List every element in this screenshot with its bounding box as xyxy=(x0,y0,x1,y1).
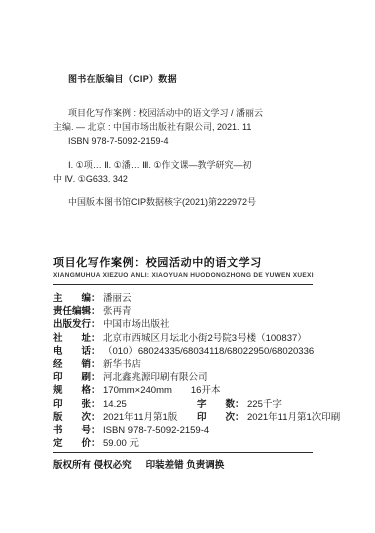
pub-value: ISBN 978-7-5092-2159-4 xyxy=(103,424,209,437)
title-block: 项目化写作案例：校园活动中的语文学习 XIANGMUHUA XIEZUO ANL… xyxy=(53,256,315,285)
cip-record-line: 主编. — 北京 : 中国市场出版社有限公司, 2021. 11 xyxy=(53,120,333,134)
cip-classification-line: Ⅰ. ①项… Ⅱ. ①潘… Ⅲ. ①作文课—教学研究—初 xyxy=(53,158,333,172)
pub-value: 张再青 xyxy=(103,305,132,318)
cip-header: 图书在版编目（CIP）数据 xyxy=(53,72,333,86)
footer-divider xyxy=(53,452,313,453)
cip-classification-line: 中 Ⅳ. ①G633. 342 xyxy=(53,172,333,186)
pub-row-sheets-wordcount: 印 张： 14.25 字 数： 225千字 xyxy=(53,398,338,411)
cip-block: 图书在版编目（CIP）数据 项目化写作案例 : 校园活动中的语文学习 / 潘丽云… xyxy=(53,72,333,209)
pub-label: 电 话： xyxy=(53,345,103,358)
pub-label: 定 价： xyxy=(53,437,103,450)
copyright-page: 图书在版编目（CIP）数据 项目化写作案例 : 校园活动中的语文学习 / 潘丽云… xyxy=(0,0,375,533)
cip-record: 项目化写作案例 : 校园活动中的语文学习 / 潘丽云 主编. — 北京 : 中国… xyxy=(53,106,333,148)
publication-info: 主 编： 潘丽云 责任编辑： 张再青 出版发行： 中国市场出版社 社 址： 北京… xyxy=(53,292,338,472)
pub-value: 59.00 元 xyxy=(103,437,139,450)
pub-row-isbn: 书 号： ISBN 978-7-5092-2159-4 xyxy=(53,424,338,437)
book-title-pinyin: XIANGMUHUA XIEZUO ANLI: XIAOYUAN HUODONG… xyxy=(53,272,315,280)
pub-label: 版 次： xyxy=(53,411,103,424)
copyright-notice: 版权所有 侵权必究 印装差错 负责调换 xyxy=(53,459,338,472)
pub-value: 北京市西城区月坛北小街2号院3号楼（100837） xyxy=(103,332,307,345)
pub-value: 2021年11月第1次印刷 xyxy=(247,411,340,424)
pub-label: 印 次： xyxy=(197,411,247,424)
pub-row-distributor: 经 销： 新华书店 xyxy=(53,358,338,371)
pub-row-chief-editor: 主 编： 潘丽云 xyxy=(53,292,338,305)
pub-value: 170mm×240mm 16开本 xyxy=(103,384,220,397)
pub-row-publisher: 出版发行： 中国市场出版社 xyxy=(53,318,338,331)
pub-row-printer: 印 刷： 河北鑫兆源印刷有限公司 xyxy=(53,371,338,384)
pub-row-managing-editor: 责任编辑： 张再青 xyxy=(53,305,338,318)
pub-value: 中国市场出版社 xyxy=(103,318,170,331)
pub-row-phone: 电 话： （010）68024335/68034118/68022950/680… xyxy=(53,345,338,358)
pub-value: 新华书店 xyxy=(103,358,141,371)
pub-label: 印 刷： xyxy=(53,371,103,384)
pub-row-price: 定 价： 59.00 元 xyxy=(53,437,338,450)
pub-value: 2021年11月第1版 xyxy=(103,411,197,424)
pub-label: 主 编： xyxy=(53,292,103,305)
pub-label: 字 数： xyxy=(197,398,247,411)
pub-label: 印 张： xyxy=(53,398,103,411)
cip-record-line: ISBN 978-7-5092-2159-4 xyxy=(53,134,333,148)
cip-record-line: 项目化写作案例 : 校园活动中的语文学习 / 潘丽云 xyxy=(53,106,333,120)
cip-classification: Ⅰ. ①项… Ⅱ. ①潘… Ⅲ. ①作文课—教学研究—初 中 Ⅳ. ①G633.… xyxy=(53,158,333,186)
pub-value: 潘丽云 xyxy=(103,292,132,305)
pub-row-edition-printing: 版 次： 2021年11月第1版 印 次： 2021年11月第1次印刷 xyxy=(53,411,338,424)
pub-label: 规 格： xyxy=(53,384,103,397)
pub-label: 出版发行： xyxy=(53,318,103,331)
pub-value: （010）68024335/68034118/68022950/68020336 xyxy=(103,345,314,358)
pub-row-format: 规 格： 170mm×240mm 16开本 xyxy=(53,384,338,397)
copyright-notice-right: 印装差错 负责调换 xyxy=(146,459,225,472)
cip-record-number: 中国版本图书馆CIP数据核字(2021)第222972号 xyxy=(53,195,333,209)
copyright-notice-left: 版权所有 侵权必究 xyxy=(53,459,132,472)
pub-value: 225千字 xyxy=(247,398,282,411)
pub-label: 书 号： xyxy=(53,424,103,437)
pub-value: 14.25 xyxy=(103,398,197,411)
pub-row-address: 社 址： 北京市西城区月坛北小街2号院3号楼（100837） xyxy=(53,332,338,345)
title-divider xyxy=(53,284,313,285)
book-title: 项目化写作案例：校园活动中的语文学习 xyxy=(53,256,315,270)
pub-value: 河北鑫兆源印刷有限公司 xyxy=(103,371,208,384)
pub-label: 经 销： xyxy=(53,358,103,371)
pub-label: 责任编辑： xyxy=(53,305,103,318)
pub-label: 社 址： xyxy=(53,332,103,345)
